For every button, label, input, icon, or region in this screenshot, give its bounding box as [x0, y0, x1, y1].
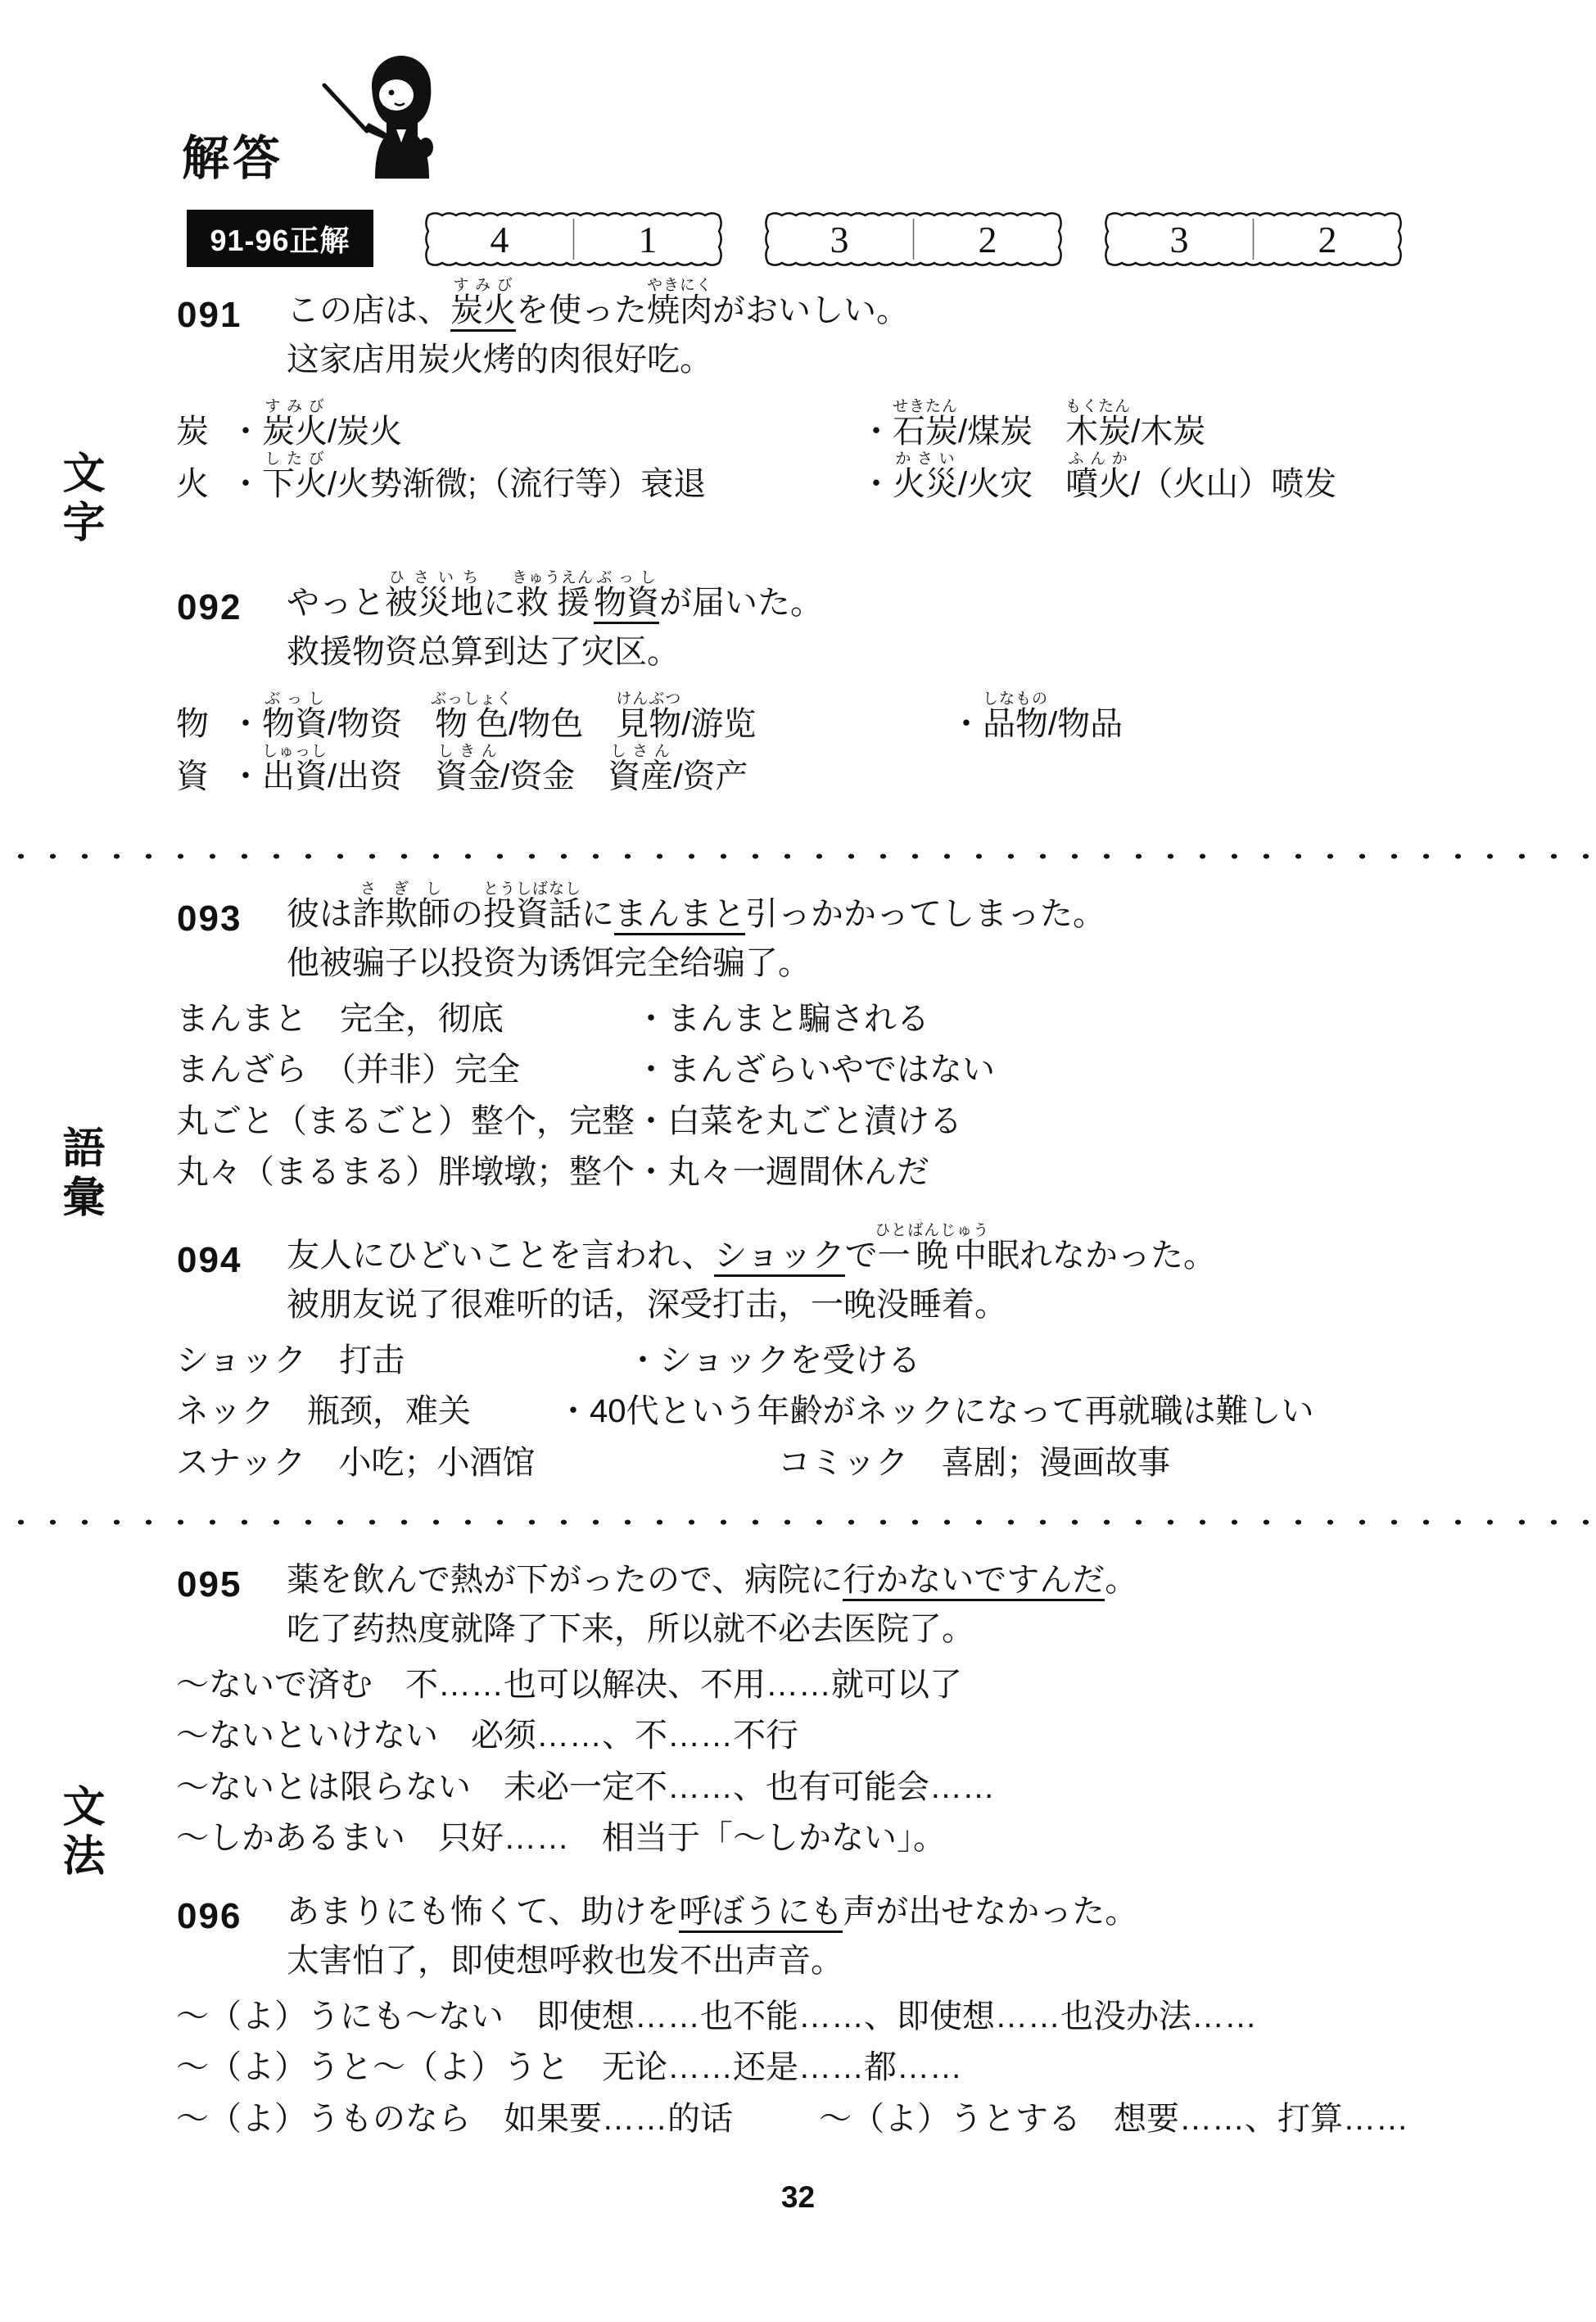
- vocab-cell: 丸ごと（まるごと）整个，完整: [176, 1104, 635, 1138]
- bullet-dot: ・: [229, 706, 262, 742]
- vocab-row: 火・下火したび/火势渐微;（流行等）衰退・火災かさい/火灾 噴火ふんか/（火山）…: [176, 450, 1482, 501]
- vocab-cell: ～（よ）うにも～ない 即使想……也不能……、即使想……也没办法……: [176, 1999, 1257, 2034]
- vocab-row: 資・出資しゅっし/出资 資金しきん/资金 資産しさん/资产: [176, 743, 1482, 794]
- vocab-cell: ・まんざらいやではない: [635, 1052, 995, 1087]
- answer-value: 3: [830, 219, 849, 260]
- question-translation: 吃了药热度就降了下来，所以就不必去医院了。: [287, 1612, 1482, 1646]
- vocab-row: ～（よ）うにも～ない 即使想……也不能……、即使想……也没办法……: [176, 1999, 1482, 2034]
- vocab-cell: ・炭火すみび/炭火: [229, 398, 860, 449]
- answer-value: 2: [1318, 219, 1337, 260]
- vocab-cell: コミック 喜剧；漫画故事: [778, 1446, 1170, 1480]
- section-label-goi: 語彙: [49, 1125, 111, 1224]
- bullet-dot: ・: [635, 1103, 667, 1139]
- vocab-row: ～ないとは限らない 未必一定不……、也有可能会……: [176, 1770, 1482, 1804]
- question-number: 093: [177, 898, 242, 939]
- question-translation: 太害怕了，即使想呼救也发不出声音。: [287, 1944, 1482, 1978]
- vocab-row: ～しかあるまい 只好…… 相当于「～しかない」。: [176, 1821, 1482, 1855]
- vocab-rows: 炭・炭火すみび/炭火・石炭せきたん/煤炭 木炭もくたん/木炭火・下火したび/火势…: [176, 398, 1482, 502]
- vocab-rows: ～ないで済む 不……也可以解决、不用……就可以了～ないといけない 必须……、不……: [176, 1668, 1482, 1856]
- vocab-row: ネック 瓶颈，难关・40代という年齢がネックになって再就職は難しい: [176, 1394, 1482, 1428]
- question-translation: 这家店用炭火烤的肉很好吃。: [287, 342, 1482, 377]
- bullet-dot: ・: [557, 1393, 590, 1429]
- dotted-divider: [0, 1517, 1596, 1528]
- vocab-cell: ・まんまと騙される: [635, 1002, 929, 1036]
- answer-page: 解答 91-96正解 4 1 3 2: [0, 0, 1596, 2322]
- question-block-094: 094 友人にひどいことを言われ、ショックで一晩中ひとばんじゅう眠れなかった。 …: [172, 1222, 1482, 1496]
- vocab-cell: ～ないとは限らない 未必一定不……、也有可能会……: [176, 1770, 995, 1804]
- vocab-cell: ～しかあるまい 只好…… 相当于「～しかない」。: [176, 1821, 946, 1855]
- vocab-cell: ・物資ぶっし/物资 物色ぶっしょく/物色 見物けんぶつ/游览: [229, 690, 950, 741]
- vocab-cell: ・品物しなもの/物品: [950, 690, 1123, 741]
- vocab-row: 炭・炭火すみび/炭火・石炭せきたん/煤炭 木炭もくたん/木炭: [176, 398, 1482, 449]
- vocab-head-kanji: 物: [176, 707, 229, 741]
- vocab-cell: ・丸々一週間休んだ: [635, 1155, 929, 1189]
- vocab-cell: ～（よ）うとする 想要……、打算……: [819, 2102, 1408, 2136]
- vocab-cell: スナック 小吃；小酒馆: [176, 1446, 778, 1480]
- vocab-cell: ネック 瓶颈，难关: [176, 1394, 557, 1428]
- answer-value: 3: [1170, 219, 1189, 260]
- question-sentence: やっと被災地ひさいちに救援きゅうえん物資ぶっしが届いた。: [287, 569, 1482, 623]
- bullet-dot: ・: [229, 414, 262, 450]
- vocab-cell: ・白菜を丸ごと漬ける: [635, 1104, 962, 1138]
- page-number: 32: [0, 2180, 1596, 2215]
- vocab-cell: ・火災かさい/火灾 噴火ふんか/（火山）喷发: [860, 450, 1336, 501]
- answer-value: 1: [639, 219, 658, 260]
- answer-box-group-1: 4 1: [424, 211, 723, 267]
- vocab-cell: ～ないで済む 不……也可以解决、不用……就可以了: [176, 1668, 962, 1702]
- vocab-head-kanji: 資: [176, 759, 229, 794]
- vocab-cell: ・下火したび/火势渐微;（流行等）衰退: [229, 450, 860, 501]
- vocab-rows: 物・物資ぶっし/物资 物色ぶっしょく/物色 見物けんぶつ/游览・品物しなもの/物…: [176, 690, 1482, 794]
- vocab-cell: ・40代という年齢がネックになって再就職は難しい: [557, 1394, 1314, 1428]
- answer-value: 4: [491, 219, 509, 260]
- vocab-head-kanji: 火: [176, 467, 229, 501]
- question-sentence: 薬を飲んで熱が下がったので、病院に行かないですんだ。: [287, 1546, 1482, 1600]
- vocab-cell: ・石炭せきたん/煤炭 木炭もくたん/木炭: [860, 398, 1205, 449]
- vocab-rows: ショック 打击・ショックを受けるネック 瓶颈，难关・40代という年齢がネックにな…: [176, 1343, 1482, 1480]
- vocab-cell: ～（よ）うものなら 如果要……的话: [176, 2102, 819, 2136]
- bullet-dot: ・: [229, 758, 262, 794]
- question-number: 096: [177, 1896, 242, 1937]
- question-sentence: 友人にひどいことを言われ、ショックで一晩中ひとばんじゅう眠れなかった。: [287, 1222, 1482, 1276]
- vocab-cell: ショック 打击: [176, 1343, 626, 1378]
- question-number: 091: [177, 295, 242, 336]
- question-translation: 他被骗子以投资为诱饵完全给骗了。: [287, 946, 1482, 980]
- question-block-092: 092 やっと被災地ひさいちに救援きゅうえん物資ぶっしが届いた。 救援物资总算到…: [172, 569, 1482, 796]
- vocab-cell: 丸々（まるまる）胖墩墩；整个: [176, 1155, 635, 1189]
- vocab-cell: ・ショックを受ける: [626, 1343, 920, 1378]
- question-block-096: 096 あまりにも怖くて、助けを呼ぼうにも声が出せなかった。 太害怕了，即使想呼…: [172, 1878, 1482, 2152]
- vocab-cell: ～（よ）うと～（よ）うと 无论……还是……都……: [176, 2050, 962, 2084]
- vocab-row: ～（よ）うものなら 如果要……的话～（よ）うとする 想要……、打算……: [176, 2102, 1482, 2136]
- answer-box-group-3: 3 2: [1104, 211, 1403, 267]
- bullet-dot: ・: [635, 1154, 667, 1190]
- question-translation: 救援物资总算到达了灾区。: [287, 635, 1482, 669]
- question-block-095: 095 薬を飲んで熱が下がったので、病院に行かないですんだ。 吃了药热度就降了下…: [172, 1546, 1482, 1872]
- question-number: 095: [177, 1564, 242, 1605]
- dotted-divider: [0, 851, 1596, 862]
- vocab-row: 物・物資ぶっし/物资 物色ぶっしょく/物色 見物けんぶつ/游览・品物しなもの/物…: [176, 690, 1482, 741]
- question-translation: 被朋友说了很难听的话，深受打击，一晚没睡着。: [287, 1288, 1482, 1322]
- page-title: 解答: [182, 120, 283, 188]
- vocab-row: まんまと 完全，彻底・まんまと騙される: [176, 1002, 1482, 1036]
- bullet-dot: ・: [950, 706, 983, 742]
- bullet-dot: ・: [229, 466, 262, 502]
- question-block-093: 093 彼は詐欺師さぎしの投資話とうしばなしにまんまと引っかかってしまった。 他…: [172, 880, 1482, 1206]
- question-block-091: 091 この店は、炭火すみびを使った焼肉やきにくがおいしい。 这家店用炭火烤的肉…: [172, 277, 1482, 504]
- vocab-row: ショック 打击・ショックを受ける: [176, 1343, 1482, 1378]
- vocab-row: スナック 小吃；小酒馆コミック 喜剧；漫画故事: [176, 1446, 1482, 1480]
- vocab-row: ～ないで済む 不……也可以解决、不用……就可以了: [176, 1668, 1482, 1702]
- question-sentence: 彼は詐欺師さぎしの投資話とうしばなしにまんまと引っかかってしまった。: [287, 880, 1482, 935]
- vocab-row: 丸ごと（まるごと）整个，完整・白菜を丸ごと漬ける: [176, 1104, 1482, 1138]
- question-number: 094: [177, 1240, 242, 1281]
- answer-key-label: 91-96正解: [187, 210, 373, 267]
- vocab-row: まんざら （并非）完全・まんざらいやではない: [176, 1052, 1482, 1087]
- vocab-cell: ・出資しゅっし/出资 資金しきん/资金 資産しさん/资产: [229, 743, 748, 794]
- question-sentence: この店は、炭火すみびを使った焼肉やきにくがおいしい。: [287, 277, 1482, 331]
- bullet-dot: ・: [635, 1001, 667, 1037]
- question-sentence: あまりにも怖くて、助けを呼ぼうにも声が出せなかった。: [287, 1878, 1482, 1932]
- vocab-row: ～（よ）うと～（よ）うと 无论……还是……都……: [176, 2050, 1482, 2084]
- vocab-cell: ～ないといけない 必须……、不……不行: [176, 1718, 798, 1753]
- vocab-head-kanji: 炭: [176, 414, 229, 449]
- vocab-row: 丸々（まるまる）胖墩墩；整个・丸々一週間休んだ: [176, 1155, 1482, 1189]
- vocab-row: ～ないといけない 必须……、不……不行: [176, 1718, 1482, 1753]
- question-number: 092: [177, 587, 242, 628]
- vocab-cell: まんざら （并非）完全: [176, 1052, 635, 1087]
- answer-value: 2: [979, 219, 997, 260]
- bullet-dot: ・: [860, 466, 893, 502]
- vocab-cell: まんまと 完全，彻底: [176, 1002, 635, 1036]
- section-label-moji: 文字: [49, 450, 111, 549]
- vocab-rows: ～（よ）うにも～ない 即使想……也不能……、即使想……也没办法……～（よ）うと～…: [176, 1999, 1482, 2136]
- vocab-rows: まんまと 完全，彻底・まんまと騙されるまんざら （并非）完全・まんざらいやではな…: [176, 1002, 1482, 1190]
- teacher-illustration: [310, 48, 482, 183]
- section-label-bunpo: 文法: [49, 1784, 111, 1882]
- teacher-silhouette: [324, 56, 433, 179]
- answer-box-group-2: 3 2: [764, 211, 1063, 267]
- bullet-dot: ・: [635, 1052, 667, 1088]
- bullet-dot: ・: [626, 1342, 659, 1378]
- bullet-dot: ・: [860, 414, 893, 450]
